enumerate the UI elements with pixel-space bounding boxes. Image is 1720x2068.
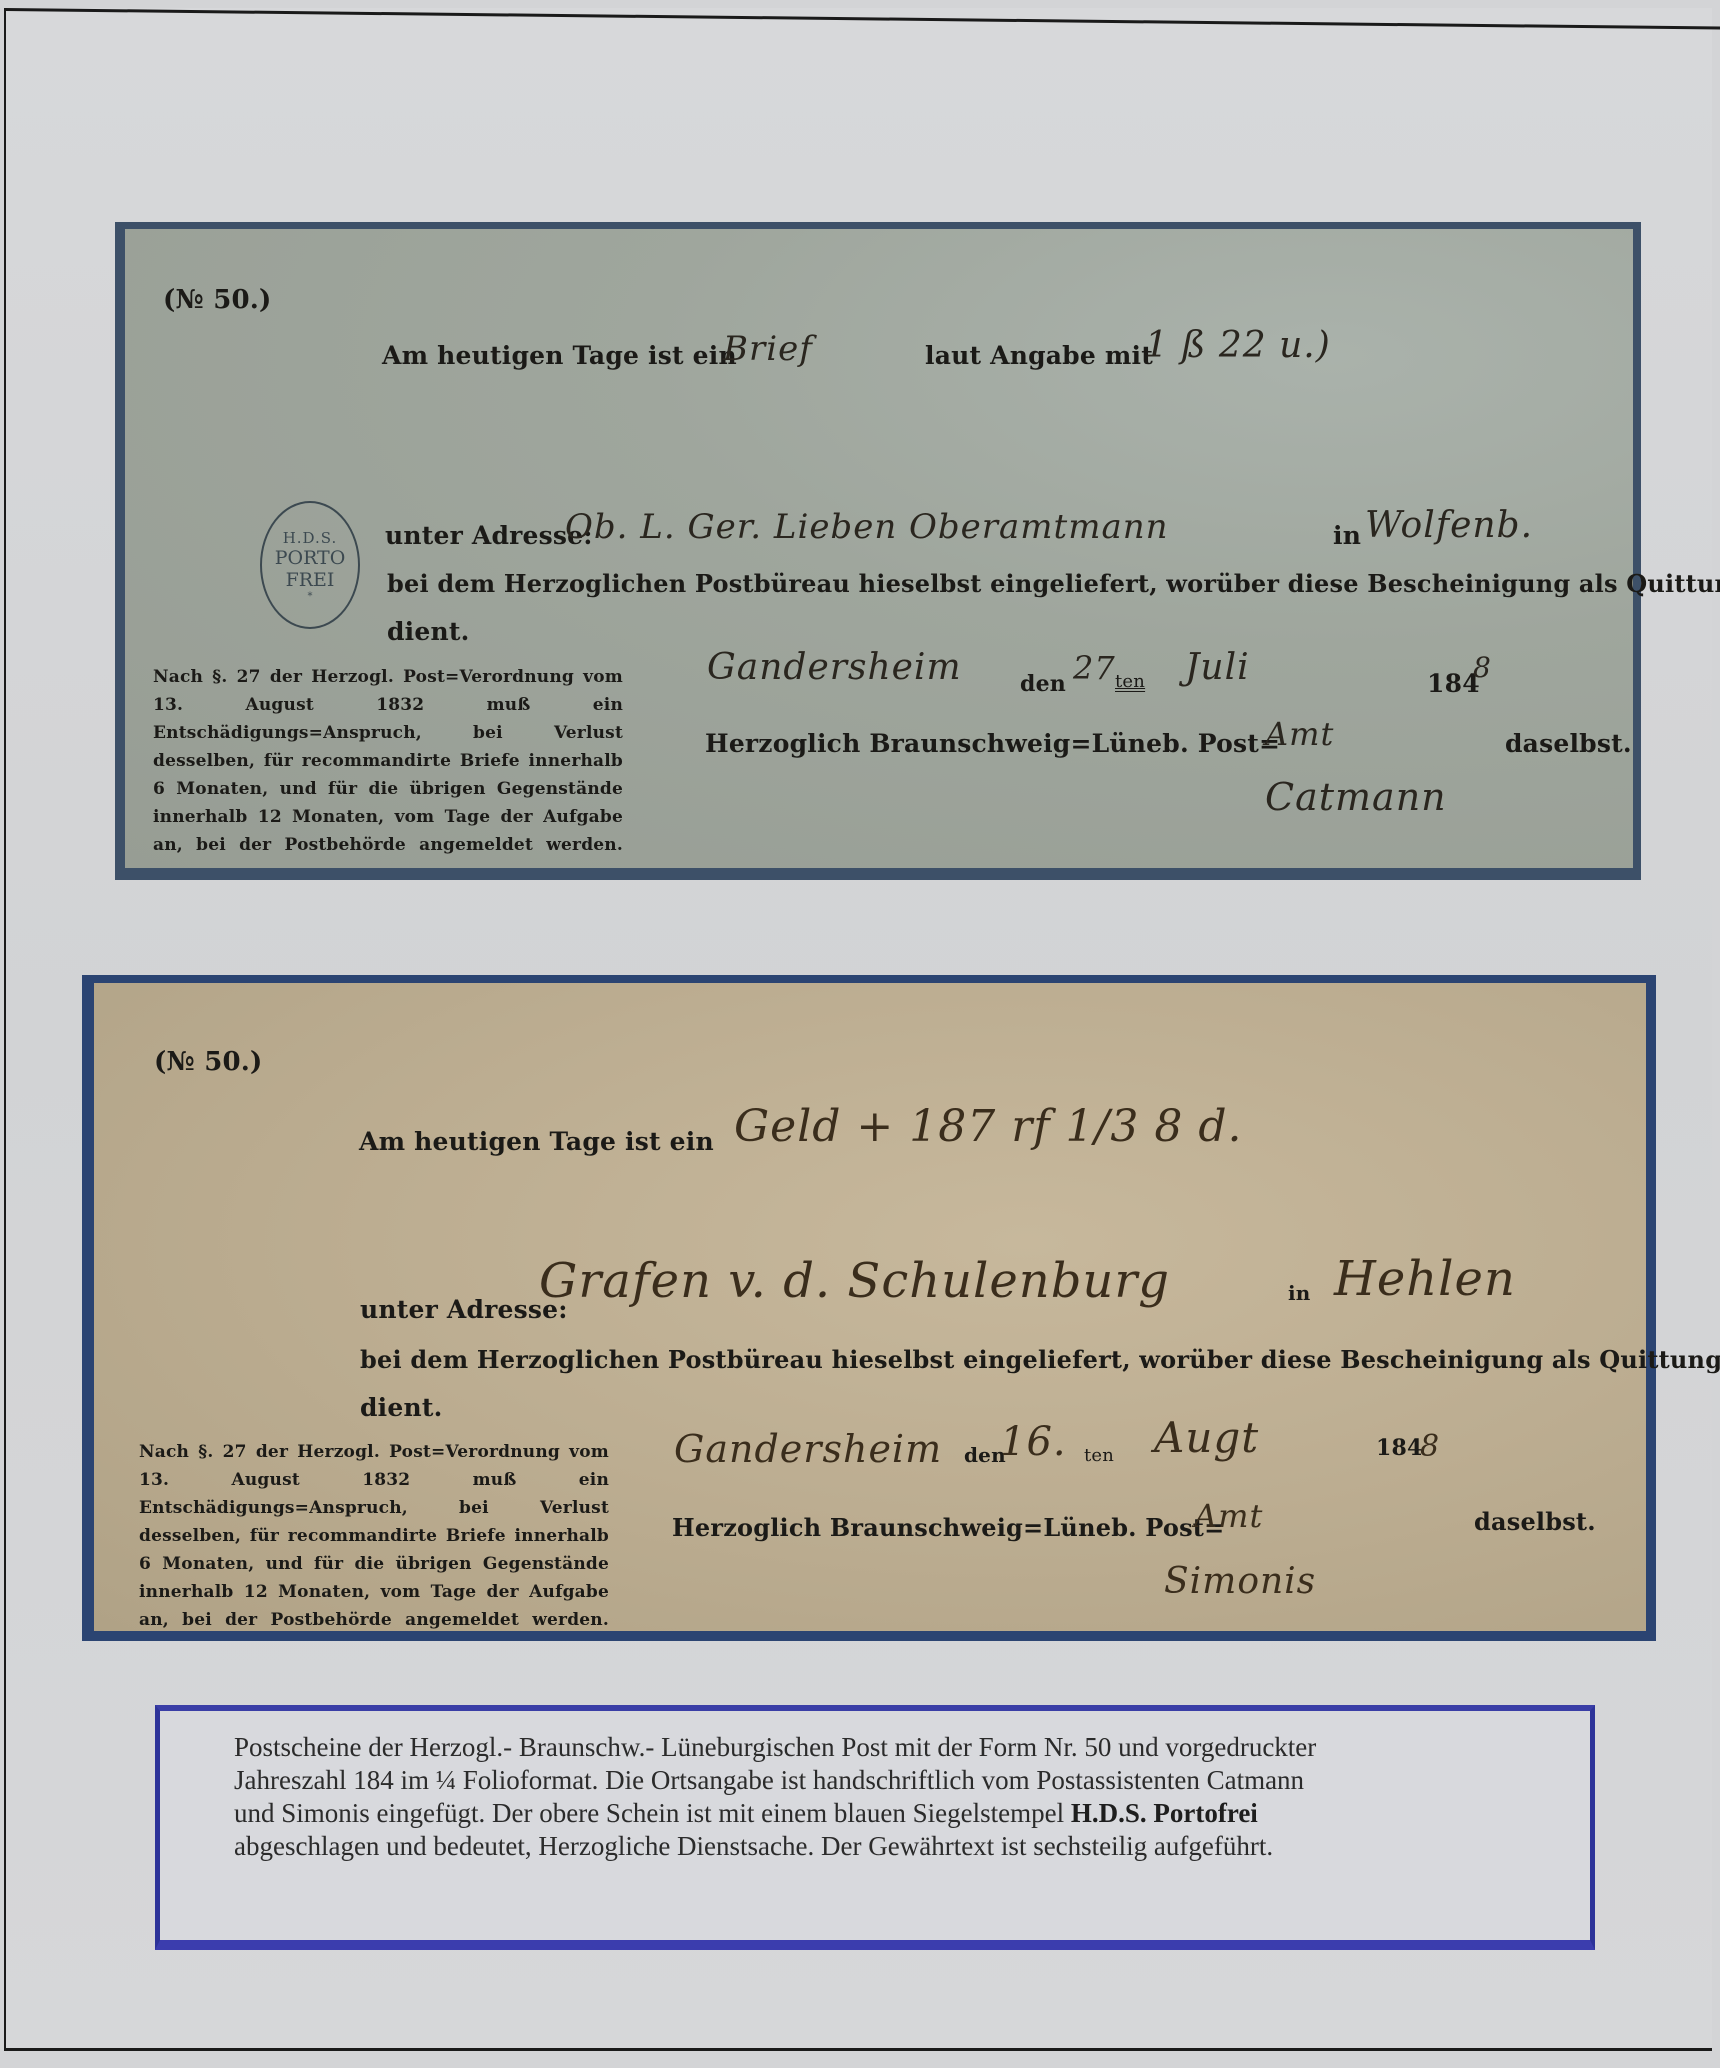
ten-label: ten [1115,671,1145,692]
receipt-1-mount: (№ 50.) Am heutigen Tage ist ein Brief l… [115,222,1641,880]
address-handwritten: Ob. L. Ger. Lieben Oberamtmann [565,507,1169,547]
address-label: unter Adresse: [385,521,593,550]
year-handwritten: 8 [1473,651,1492,684]
place-handwritten: Wolfenb. [1365,505,1533,546]
caption-box: Postscheine der Herzogl.- Braunschw.- Lü… [155,1705,1595,1950]
notice-text: Nach §. 27 der Herzogl. Post=Verordnung … [153,663,623,859]
daselbst-label: daselbst. [1474,1507,1596,1536]
caption-line-1: Postscheine der Herzogl.- Braunschw.- Lü… [234,1731,1530,1764]
signature: Simonis [1164,1561,1316,1602]
caption-line-4: abgeschlagen und bedeutet, Herzogliche D… [234,1830,1530,1863]
place-date-handwritten: Gandersheim [707,647,962,688]
receipt-2-mount: (№ 50.) Am heutigen Tage ist ein Geld + … [82,975,1656,1641]
line1-printed: Am heutigen Tage ist ein [359,1127,714,1156]
line4-printed: dient. [387,617,470,646]
office-handwritten: Amt [1194,1497,1263,1535]
caption-bold-stamp-name: H.D.S. Portofrei [1071,1798,1258,1828]
day-handwritten: 27 [1073,649,1116,687]
year-handwritten: 8 [1420,1429,1440,1464]
hds-portofrei-stamp: H.D.S. PORTO FREI * [260,501,360,629]
address-handwritten: Grafen v. d. Schulenburg [539,1253,1170,1309]
line1-printed-2: laut Angabe mit [925,341,1153,370]
place-date-handwritten: Gandersheim [674,1427,942,1471]
month-handwritten: Juli [1185,647,1250,688]
office-handwritten: Amt [1265,715,1334,753]
in-label: in [1288,1281,1311,1305]
receipt-2-paper: (№ 50.) Am heutigen Tage ist ein Geld + … [94,983,1646,1631]
day-handwritten: 16. [1000,1419,1067,1465]
office-printed: Herzoglich Braunschweig=Lüneb. Post= [672,1513,1224,1542]
place-handwritten: Hehlen [1334,1251,1516,1307]
line4-printed: dient. [360,1393,443,1422]
line3-printed: bei dem Herzoglichen Postbüreau hieselbs… [387,569,1720,598]
notice-text: Nach §. 27 der Herzogl. Post=Verordnung … [139,1438,609,1634]
signature: Catmann [1265,775,1447,819]
in-label: in [1333,521,1361,550]
year-printed: 184 [1376,1435,1423,1461]
handwritten-value: 1 ß 22 u.) [1145,325,1331,366]
address-label: unter Adresse: [360,1295,568,1324]
ten-label: ten [1084,1445,1114,1466]
office-printed: Herzoglich Braunschweig=Lüneb. Post= [705,729,1280,758]
form-number: (№ 50.) [163,285,272,315]
receipt-1-paper: (№ 50.) Am heutigen Tage ist ein Brief l… [125,229,1633,868]
daselbst-label: daselbst. [1505,729,1632,758]
year-printed: 184 [1427,669,1480,698]
line3-printed: bei dem Herzoglichen Postbüreau hieselbs… [360,1345,1720,1374]
caption-line-3: und Simonis eingefügt. Der obere Schein … [234,1797,1530,1830]
handwritten-item: Geld + 187 rf 1/3 8 d. [734,1101,1242,1152]
caption-line-2: Jahreszahl 184 im ¼ Folioformat. Die Ort… [234,1764,1530,1797]
page-top-border [6,8,1720,30]
line1-printed: Am heutigen Tage ist ein [382,341,737,370]
month-handwritten: Augt [1154,1413,1259,1462]
form-number: (№ 50.) [154,1047,263,1077]
den-label: den [1020,671,1066,697]
handwritten-item: Brief [723,329,813,369]
